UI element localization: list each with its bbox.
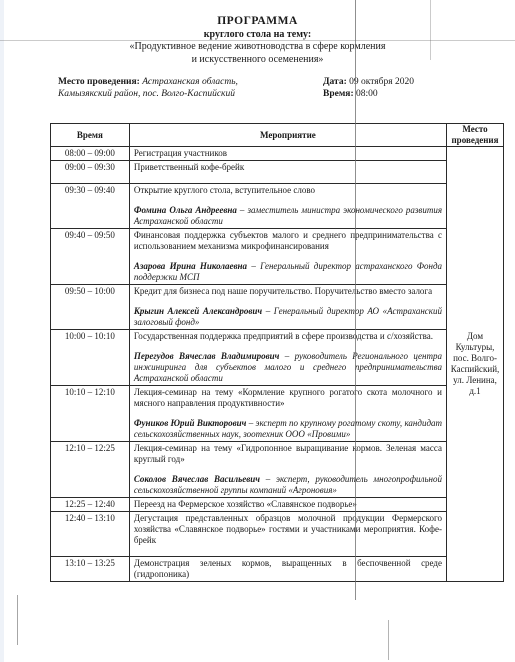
venue-label: Место проведения: <box>58 77 140 87</box>
date-time-block: Дата: 09 октября 2020 Время: 08:00 <box>323 76 414 100</box>
row-event: Открытие круглого стола, вступительное с… <box>129 184 446 229</box>
speaker-name: Фуников Юрий Викторович <box>134 418 247 428</box>
table-row: 09:50 – 10:00Кредит для бизнеса под наше… <box>51 285 504 330</box>
table-row: 08:00 – 09:00Регистрация участниковДом К… <box>51 147 504 161</box>
table-row: 10:10 – 12:10Лекция-семинар на тему «Кор… <box>51 386 504 442</box>
document-title: ПРОГРАММА <box>0 14 515 28</box>
row-event: Кредит для бизнеса под наше поручительст… <box>129 285 446 330</box>
table-row: 12:40 – 13:10Дегустация представленных о… <box>51 512 504 557</box>
row-time: 12:25 – 12:40 <box>51 498 130 512</box>
speaker-name: Соколов Вячеслав Васильевич <box>134 474 260 484</box>
row-time: 09:00 – 09:30 <box>51 161 130 184</box>
row-event: Приветственный кофе-брейк <box>129 161 446 184</box>
event-text: Финансовая поддержка субъектов малого и … <box>134 230 442 251</box>
row-event: Переезд на Фермерское хозяйство «Славянс… <box>129 498 446 512</box>
venue-cell: Дом Культуры, пос. Волго-Каспийский, ул.… <box>447 147 504 582</box>
speaker-info: Фомина Ольга Андреевна – заместитель мин… <box>134 205 442 227</box>
row-time: 13:10 – 13:25 <box>51 557 130 582</box>
row-event: Дегустация представленных образцов молоч… <box>129 512 446 557</box>
time-label: Время: <box>323 89 354 99</box>
table-row: 09:30 – 09:40Открытие круглого стола, вс… <box>51 184 504 229</box>
event-text: Переезд на Фермерское хозяйство «Славянс… <box>134 499 357 509</box>
table-row: 10:00 – 10:10Государственная поддержка п… <box>51 330 504 386</box>
row-time: 12:40 – 13:10 <box>51 512 130 557</box>
event-text: Открытие круглого стола, вступительное с… <box>134 185 315 195</box>
event-text: Демонстрация зеленых кормов, выращенных … <box>134 558 442 579</box>
row-time: 09:40 – 09:50 <box>51 229 130 285</box>
table-row: 09:00 – 09:30Приветственный кофе-брейк <box>51 161 504 184</box>
speaker-info: Крыгин Алексей Александрович – Генеральн… <box>134 306 442 328</box>
header-event: Мероприятие <box>129 124 446 147</box>
speaker-name: Фомина Ольга Андреевна <box>134 205 237 215</box>
document-topic-line-1: «Продуктивное ведение животноводства в с… <box>0 41 515 54</box>
time-value: 08:00 <box>356 89 378 99</box>
row-event: Демонстрация зеленых кормов, выращенных … <box>129 557 446 582</box>
table-row: 09:40 – 09:50Финансовая поддержка субъек… <box>51 229 504 285</box>
venue-line-2: Камызякский район, пос. Волго-Каспийский <box>58 88 238 100</box>
table-header-row: Время Мероприятие Место проведения <box>51 124 504 147</box>
row-event: Финансовая поддержка субъектов малого и … <box>129 229 446 285</box>
row-time: 09:50 – 10:00 <box>51 285 130 330</box>
speaker-name: Перегудов Вячеслав Владимирович <box>134 351 280 361</box>
row-time: 12:10 – 12:25 <box>51 442 130 498</box>
event-text: Дегустация представленных образцов молоч… <box>134 513 442 545</box>
scan-artifact-line <box>355 0 356 600</box>
row-time: 10:10 – 12:10 <box>51 386 130 442</box>
table-row: 12:25 – 12:40Переезд на Фермерское хозяй… <box>51 498 504 512</box>
row-event: Лекция-семинар на тему «Кормление крупно… <box>129 386 446 442</box>
document-topic-line-2: и искусственного осеменения» <box>0 54 515 67</box>
speaker-info: Азарова Ирина Николаевна – Генеральный д… <box>134 261 442 283</box>
scan-edge <box>0 0 4 662</box>
spacer <box>134 546 442 555</box>
speaker-name: Крыгин Алексей Александрович <box>134 306 262 316</box>
header-time: Время <box>51 124 130 147</box>
row-time: 10:00 – 10:10 <box>51 330 130 386</box>
table-row: 12:10 – 12:25Лекция-семинар на тему «Гид… <box>51 442 504 498</box>
event-text: Кредит для бизнеса под наше поручительст… <box>134 286 432 296</box>
row-event: Регистрация участников <box>129 147 446 161</box>
event-text: Государственная поддержка предприятий в … <box>134 331 433 341</box>
scan-artifact-line <box>430 0 431 60</box>
venue-block: Место проведения: Астраханская область, … <box>58 76 238 100</box>
event-text: Лекция-семинар на тему «Кормление крупно… <box>134 387 442 408</box>
speaker-info: Фуников Юрий Викторович – эксперт по кру… <box>134 418 442 440</box>
scan-artifact-line <box>0 40 515 41</box>
scan-artifact-line <box>388 620 389 660</box>
row-event: Лекция-семинар на тему «Гидропонное выра… <box>129 442 446 498</box>
venue-line-1: Астраханская область, <box>142 77 238 87</box>
table-row: 13:10 – 13:25Демонстрация зеленых кормов… <box>51 557 504 582</box>
date-value: 09 октября 2020 <box>349 77 414 87</box>
row-event: Государственная поддержка предприятий в … <box>129 330 446 386</box>
spacer <box>134 173 442 182</box>
program-table: Время Мероприятие Место проведения 08:00… <box>50 123 504 582</box>
header-place: Место проведения <box>447 124 504 147</box>
event-text: Приветственный кофе-брейк <box>134 162 244 172</box>
event-text: Лекция-семинар на тему «Гидропонное выра… <box>134 443 442 464</box>
speaker-name: Азарова Ирина Николаевна <box>134 261 247 271</box>
date-label: Дата: <box>323 77 347 87</box>
event-text: Регистрация участников <box>134 148 227 158</box>
scan-artifact-line <box>17 595 18 645</box>
speaker-info: Перегудов Вячеслав Владимирович – руково… <box>134 351 442 384</box>
speaker-info: Соколов Вячеслав Васильевич – эксперт, р… <box>134 474 442 496</box>
row-time: 09:30 – 09:40 <box>51 184 130 229</box>
row-time: 08:00 – 09:00 <box>51 147 130 161</box>
